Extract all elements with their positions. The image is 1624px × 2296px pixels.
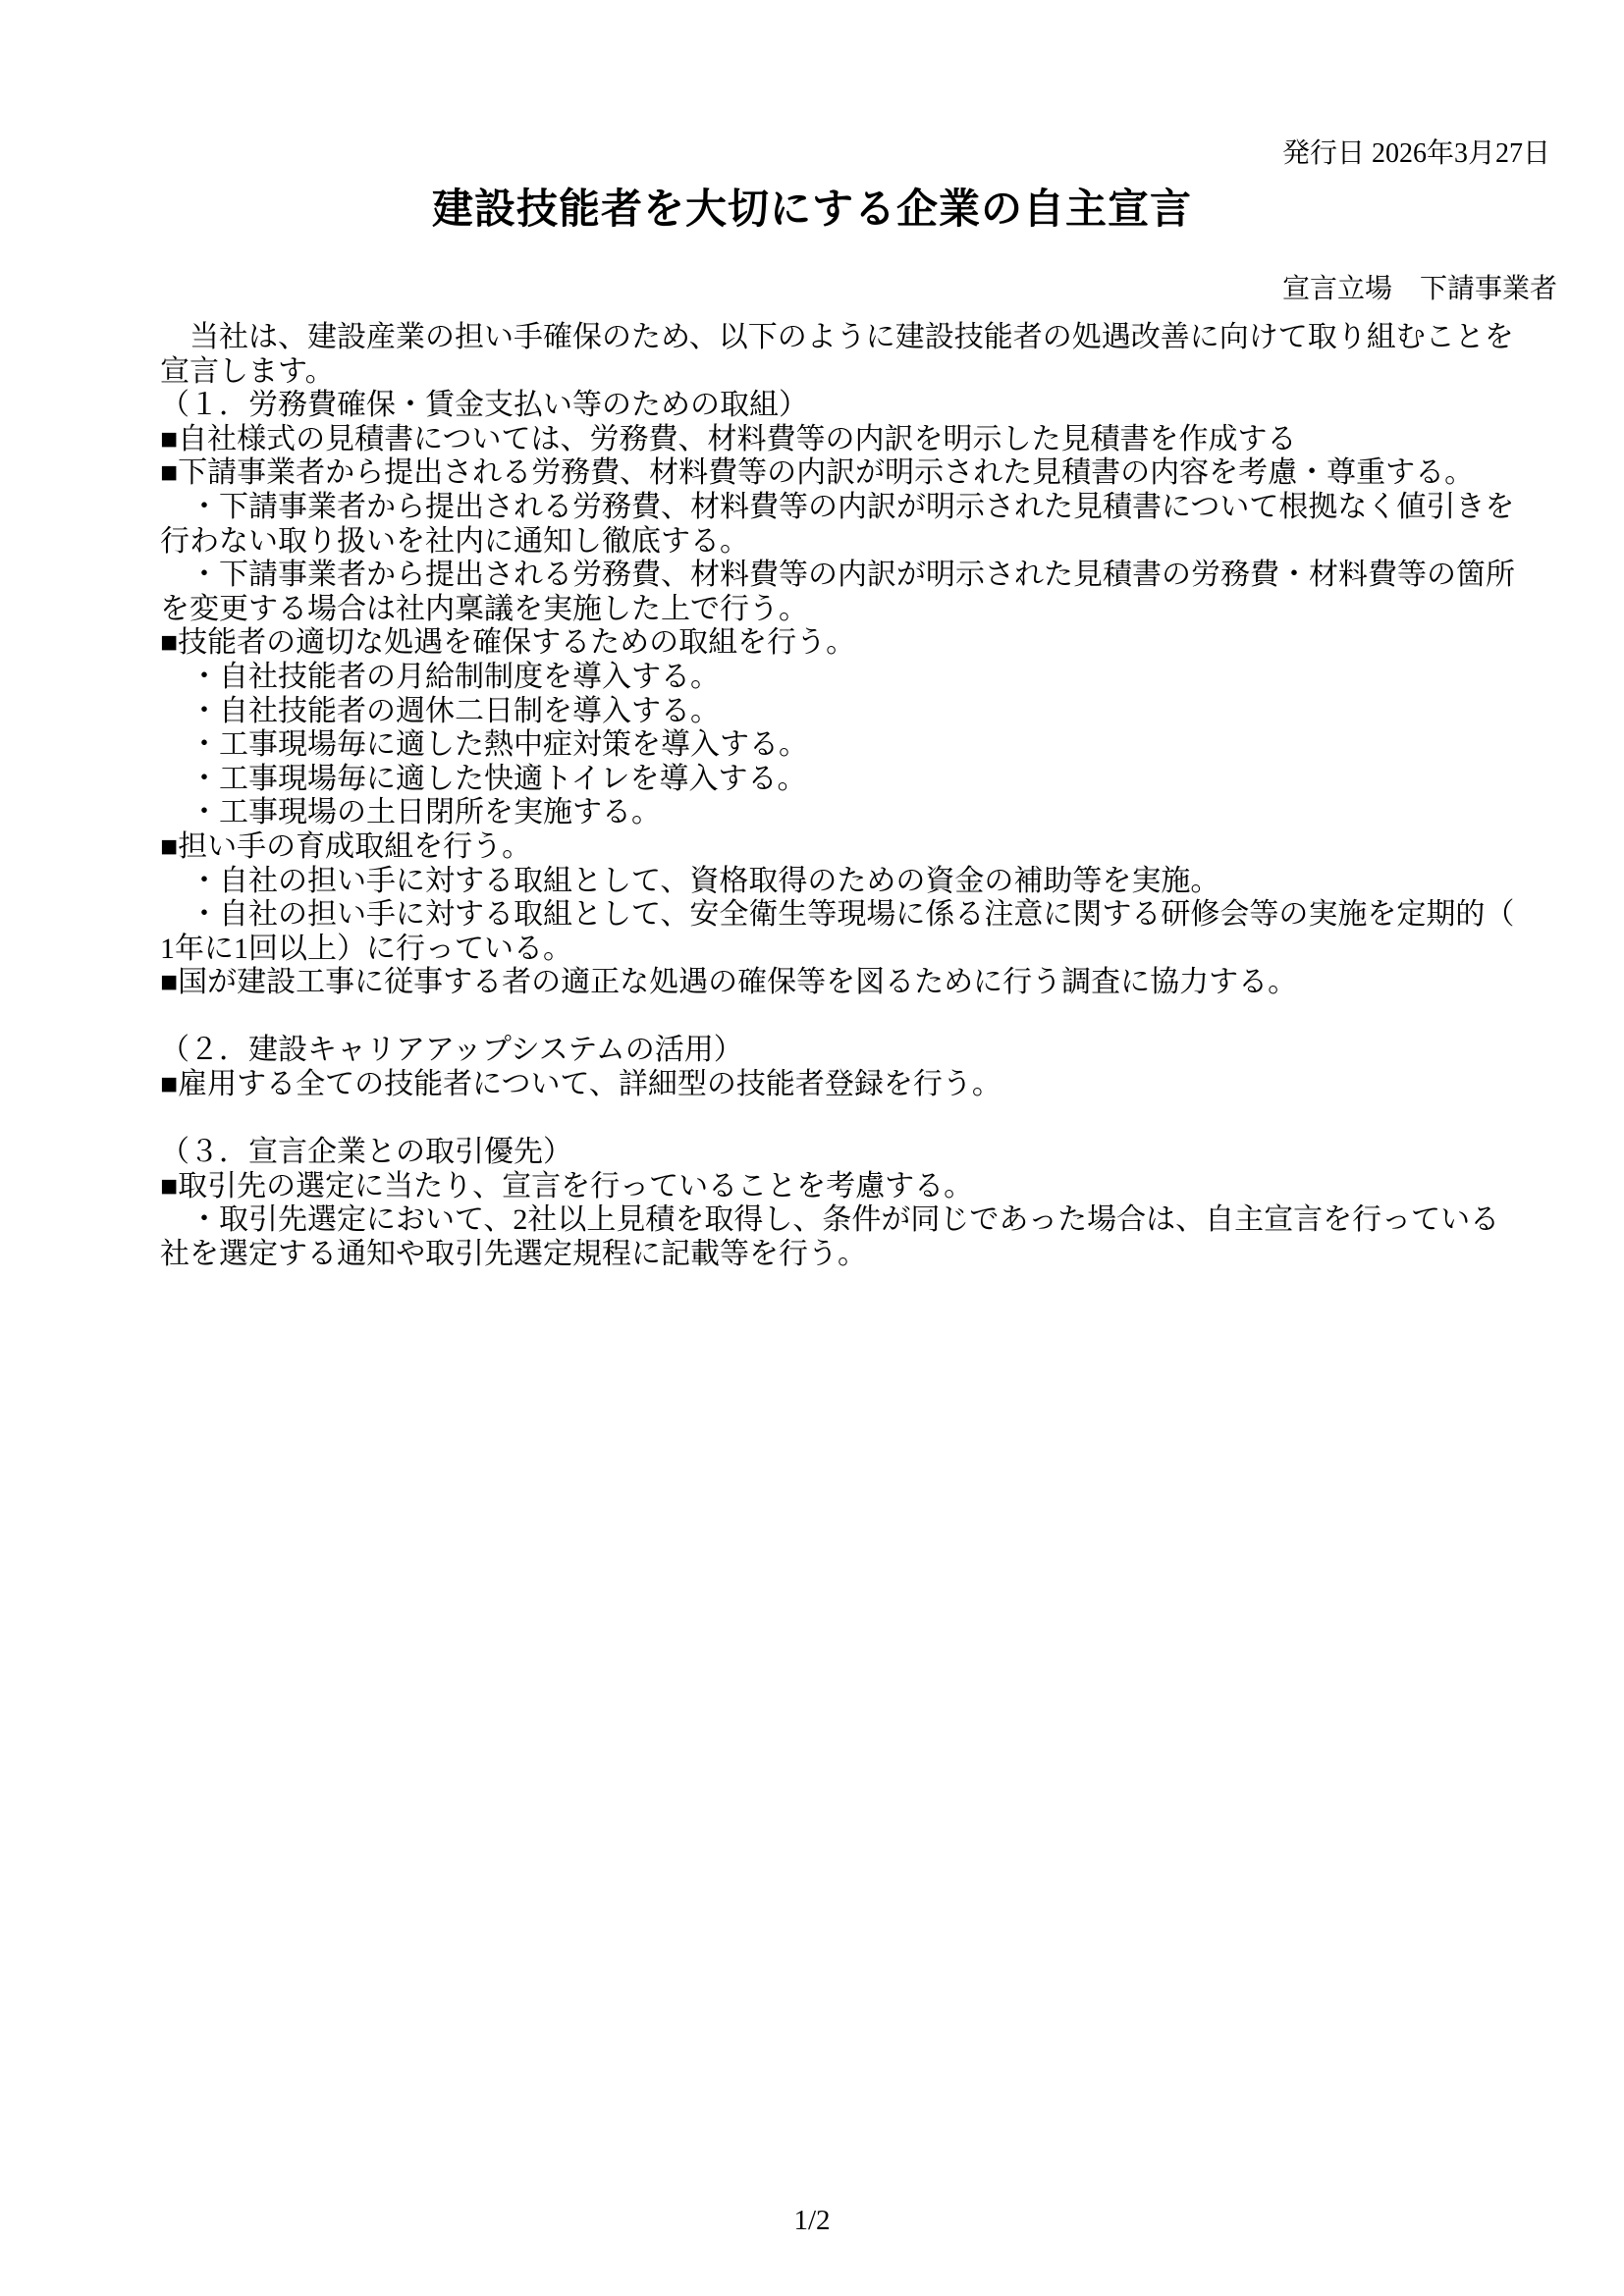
document-line-wrap-continuation: を変更する場合は社内稟議を実施した上で行う。: [160, 593, 1476, 627]
document-line-item: ■下請事業者から提出される労務費、材料費等の内訳が明示された見積書の内容を考慮・…: [160, 456, 1476, 491]
document-line-subitem: ・工事現場毎に適した熱中症対策を導入する。: [160, 728, 1476, 763]
document-line-item: ■担い手の育成取組を行う。: [160, 830, 1476, 865]
document-line-subitem: ・下請事業者から提出される労務費、材料費等の内訳が明示された見積書の労務費・材料…: [160, 559, 1476, 593]
document-line-section-heading: （１．労務費確保・賃金支払い等のための取組）: [160, 389, 1476, 423]
document-line-subitem: ・下請事業者から提出される労務費、材料費等の内訳が明示された見積書について根拠な…: [160, 491, 1476, 525]
document-line-subitem: ・工事現場の土日閉所を実施する。: [160, 796, 1476, 830]
document-line-subitem: ・自社の担い手に対する取組として、安全衛生等現場に係る注意に関する研修会等の実施…: [160, 898, 1476, 933]
document-line-subitem: ・自社の担い手に対する取組として、資格取得のための資金の補助等を実施。: [160, 865, 1476, 899]
document-line-item: ■取引先の選定に当たり、宣言を行っていることを考慮する。: [160, 1170, 1476, 1204]
document-line-section-heading: （２．建設キャリアアップシステムの活用）: [160, 1034, 1476, 1068]
page-number: 1/2: [0, 2205, 1624, 2237]
issue-date-line: 発行日 2026年3月27日: [1282, 132, 1557, 177]
document-line-item: ■国が建設工事に従事する者の適正な処遇の確保等を図るために行う調査に協力する。: [160, 966, 1476, 1000]
document-line-wrap-continuation: 行わない取り扱いを社内に通知し徹底する。: [160, 525, 1476, 560]
document-line-item: ■雇用する全ての技能者について、詳細型の技能者登録を行う。: [160, 1068, 1476, 1102]
document-body: 当社は、建設産業の担い手確保のため、以下のように建設技能者の処遇改善に向けて取り…: [160, 321, 1476, 1272]
document-line-subitem: ・自社技能者の週休二日制を導入する。: [160, 695, 1476, 729]
document-line-subitem: ・取引先選定において、2社以上見積を取得し、条件が同じであった場合は、自主宣言を…: [160, 1203, 1476, 1238]
document-line-blank: [160, 1102, 1476, 1137]
document-title: 建設技能者を大切にする企業の自主宣言: [0, 177, 1624, 236]
document-line-paragraph-start: 当社は、建設産業の担い手確保のため、以下のように建設技能者の処遇改善に向けて取り…: [160, 321, 1476, 355]
document-line-item: ■技能者の適切な処遇を確保するための取組を行う。: [160, 626, 1476, 661]
document-line-subitem: ・工事現場毎に適した快適トイレを導入する。: [160, 763, 1476, 797]
document-line-wrap-continuation: 1年に1回以上）に行っている。: [160, 933, 1476, 967]
document-line-blank: [160, 1000, 1476, 1035]
document-line-subitem: ・自社技能者の月給制制度を導入する。: [160, 661, 1476, 695]
document-line-wrap-continuation: 社を選定する通知や取引先選定規程に記載等を行う。: [160, 1238, 1476, 1272]
document-page: 発行日 2026年3月27日 宣言立場 下請事業者 建設技能者を大切にする企業の…: [0, 0, 1624, 2296]
declaration-position-line: 宣言立場 下請事業者: [1282, 267, 1557, 312]
document-line-item: ■自社様式の見積書については、労務費、材料費等の内訳を明示した見積書を作成する: [160, 423, 1476, 457]
document-line-wrap-continuation: 宣言します。: [160, 355, 1476, 390]
document-line-section-heading: （３．宣言企業との取引優先）: [160, 1136, 1476, 1170]
